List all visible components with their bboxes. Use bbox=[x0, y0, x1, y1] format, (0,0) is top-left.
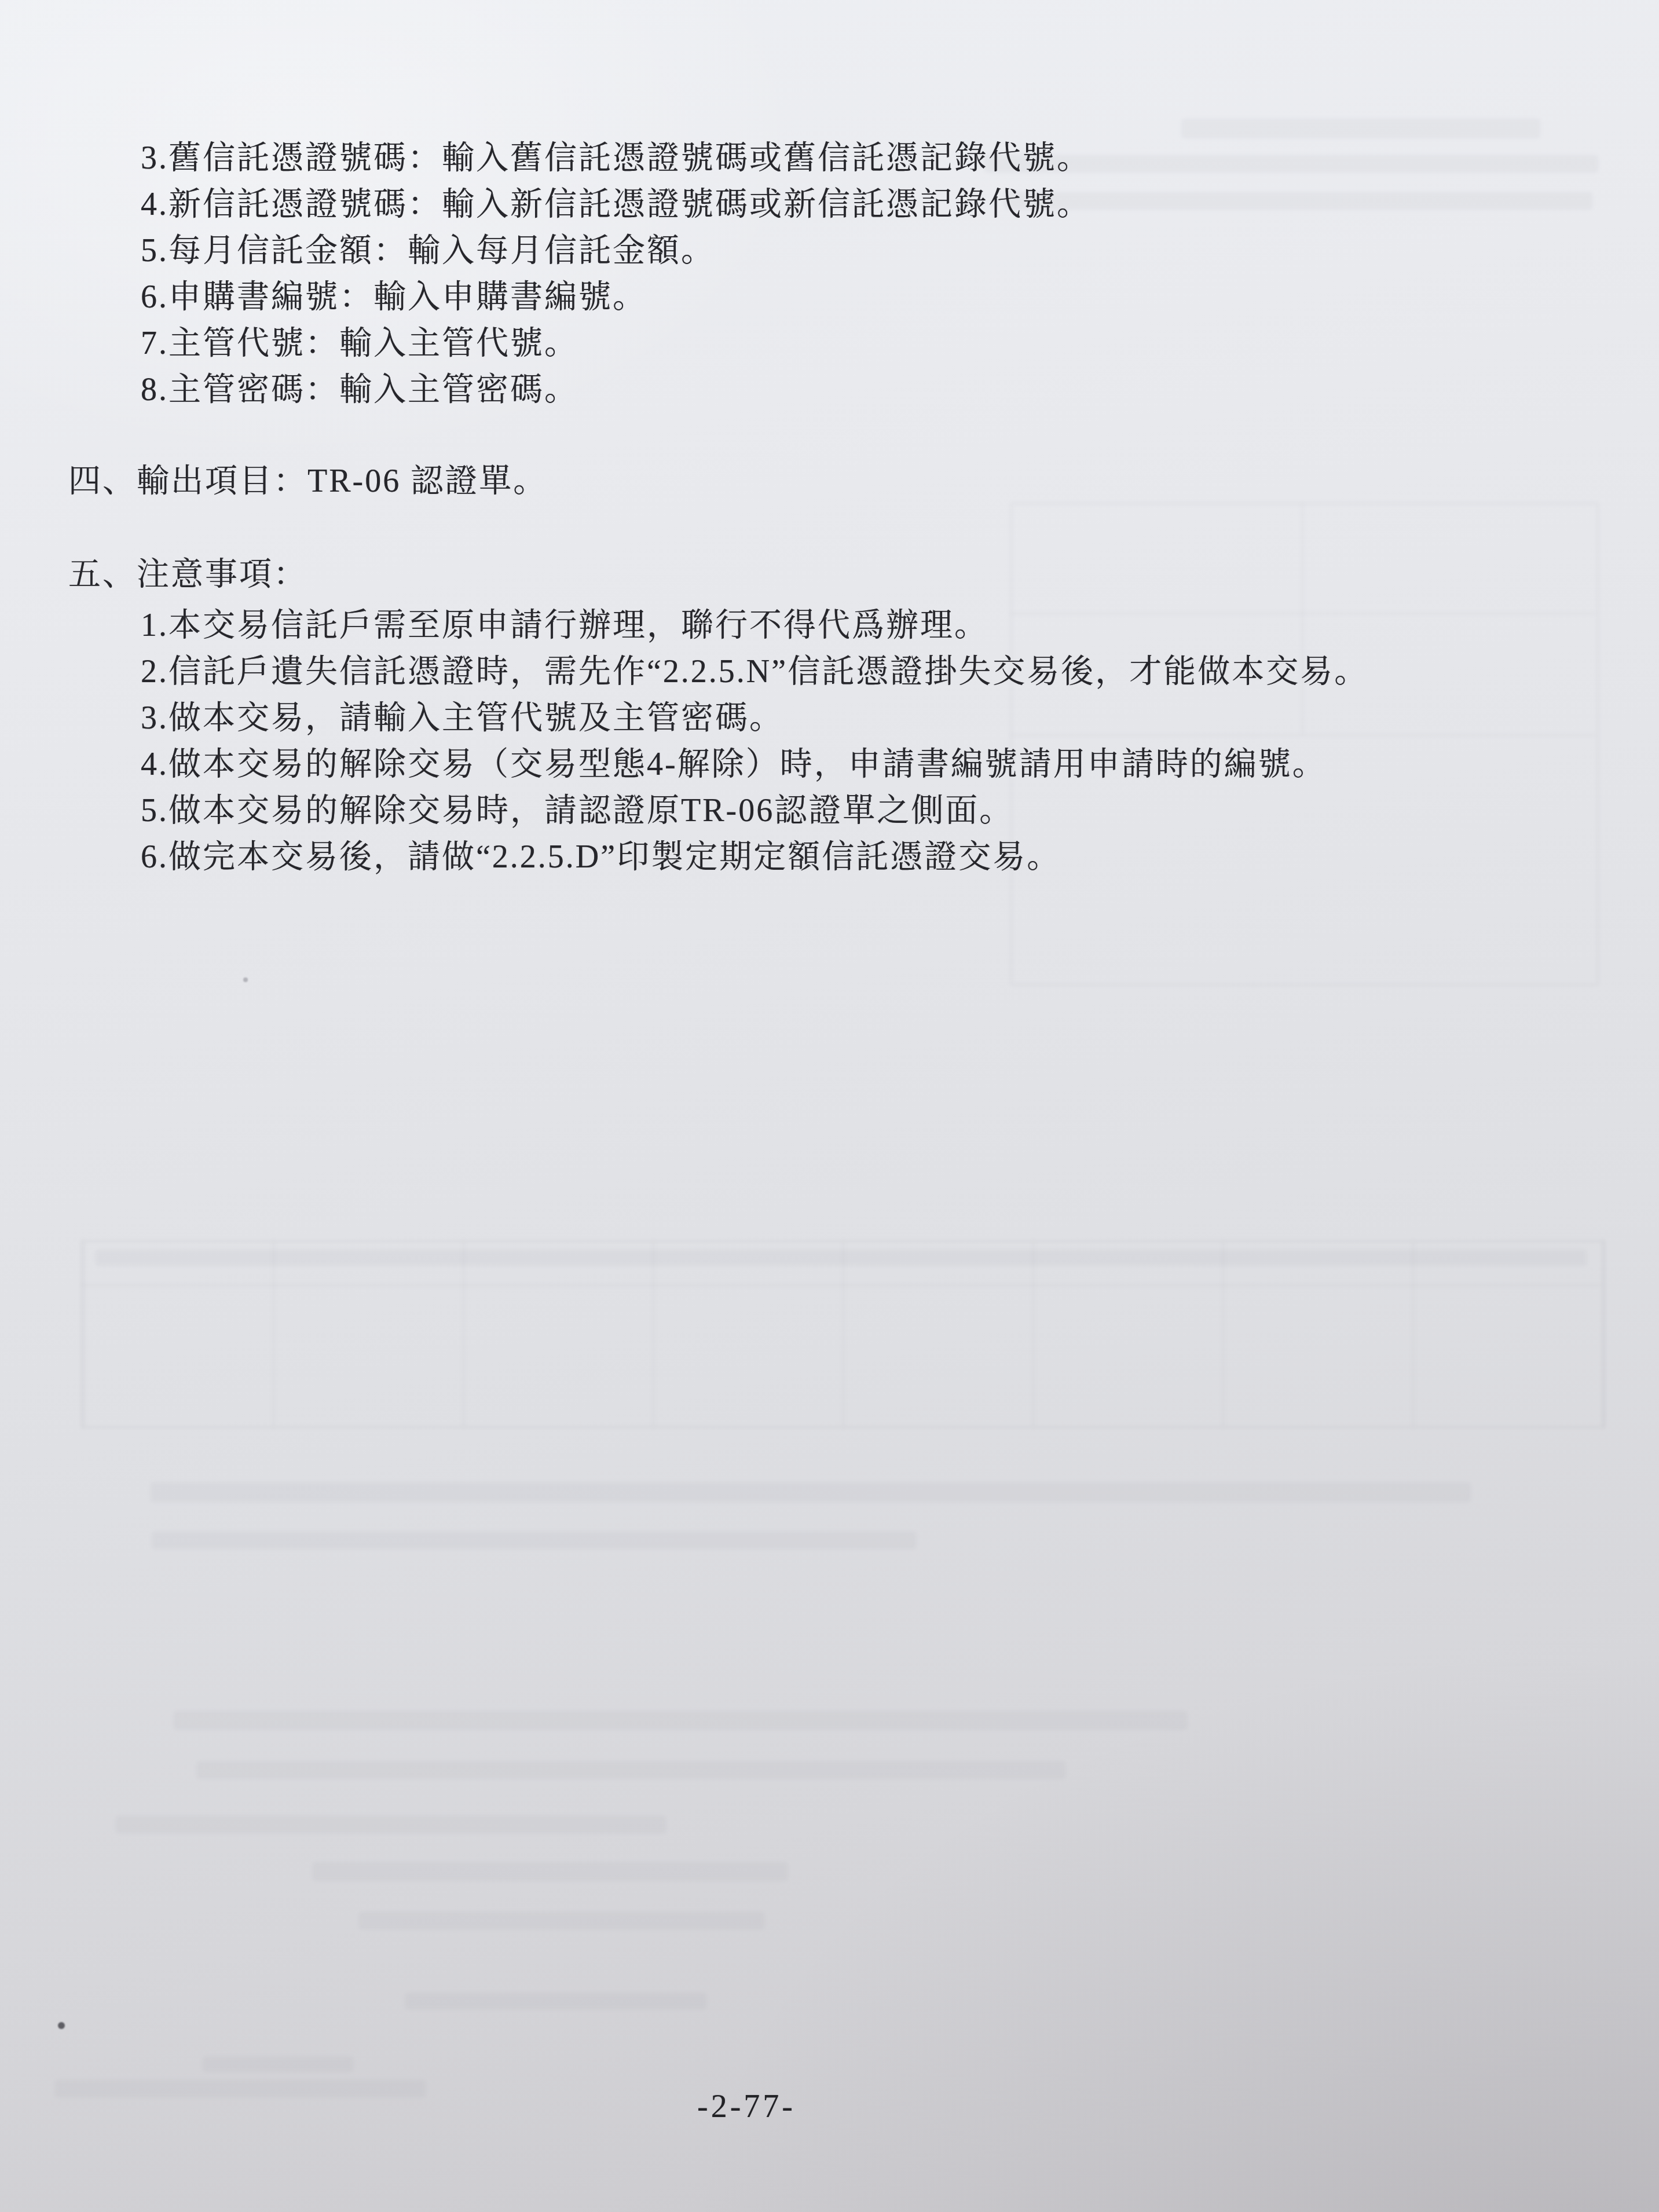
bleedthrough-text-row bbox=[152, 1532, 916, 1549]
bleedthrough-text-row bbox=[96, 1250, 1587, 1266]
bleedthrough-text-row bbox=[313, 1862, 788, 1881]
note-item: 6.做完本交易後，請做“2.2.5.D”印製定期定額信託憑證交易。 bbox=[141, 840, 1061, 876]
section-output-heading: 四、輸出項目：TR-06 認證單。 bbox=[68, 464, 547, 500]
bleedthrough-table-line bbox=[81, 1284, 1601, 1286]
scanned-document-page: 3.舊信託憑證號碼：輸入舊信託憑證號碼或舊信託憑記錄代號。 4.新信託憑證號碼：… bbox=[0, 0, 1659, 2212]
bleedthrough-text-row bbox=[55, 2080, 426, 2097]
bleedthrough-text-row bbox=[1181, 119, 1540, 138]
note-item: 4.做本交易的解除交易（交易型態4-解除）時，申請書編號請用申請時的編號。 bbox=[141, 747, 1327, 783]
bleedthrough-table bbox=[81, 1240, 1605, 1428]
bleedthrough-text-row bbox=[203, 2057, 353, 2072]
bleedthrough-text-row bbox=[174, 1711, 1187, 1730]
bleedthrough-table-line bbox=[1302, 503, 1303, 734]
instruction-item: 4.新信託憑證號碼：輸入新信託憑證號碼或新信託憑記錄代號。 bbox=[141, 187, 1091, 223]
section-notes-heading: 五、注意事項： bbox=[68, 557, 307, 593]
instruction-item: 8.主管密碼：輸入主管密碼。 bbox=[141, 372, 578, 408]
bleedthrough-table bbox=[1010, 503, 1599, 986]
note-item: 2.信託戶遺失信託憑證時，需先作“2.2.5.N”信託憑證掛失交易後，才能做本交… bbox=[141, 654, 1368, 690]
instruction-item: 5.每月信託金額：輸入每月信託金額。 bbox=[141, 233, 715, 269]
scan-speck bbox=[58, 2022, 65, 2029]
bleedthrough-text-row bbox=[405, 1993, 706, 2009]
scan-speck bbox=[243, 977, 248, 982]
bleedthrough-text-row bbox=[151, 1482, 1471, 1502]
instruction-item: 3.舊信託憑證號碼：輸入舊信託憑證號碼或舊信託憑記錄代號。 bbox=[141, 141, 1091, 177]
instruction-item: 6.申購書編號：輸入申購書編號。 bbox=[141, 280, 647, 316]
note-item: 3.做本交易，請輸入主管代號及主管密碼。 bbox=[141, 701, 783, 737]
page-number: -2-77- bbox=[697, 2088, 796, 2125]
bleedthrough-table-line bbox=[1010, 734, 1595, 736]
instruction-item: 7.主管代號：輸入主管代號。 bbox=[141, 326, 578, 362]
note-item: 5.做本交易的解除交易時，請認證原TR-06認證單之側面。 bbox=[141, 793, 1013, 829]
bleedthrough-text-row bbox=[359, 1912, 764, 1929]
note-item: 1.本交易信託戶需至原申請行辦理，聯行不得代爲辦理。 bbox=[141, 608, 988, 644]
bleedthrough-text-row bbox=[116, 1816, 666, 1833]
bleedthrough-text-row bbox=[1005, 192, 1592, 210]
bleedthrough-table-line bbox=[1010, 613, 1595, 614]
bleedthrough-text-row bbox=[197, 1761, 1065, 1779]
